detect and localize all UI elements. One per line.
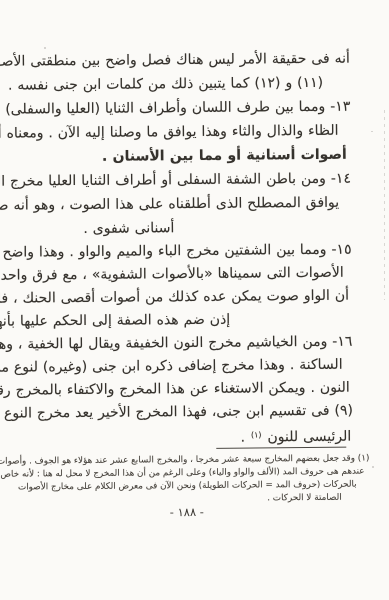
page-content: أنه فى حقيقة الأمر ليس هناك فصل واضح بين… — [0, 0, 389, 600]
scan-artifact — [371, 131, 373, 132]
scan-edge-artifact — [384, 110, 385, 300]
text-line: (٩) فى تقسيم ابن جنى، فهذا المخرج الأخير… — [38, 400, 353, 426]
text-line: أصوات أسنانية أو مما بين الأسنان . — [36, 143, 351, 170]
text-line: أن الواو صوت يمكن عده كذلك من أصوات أقصى… — [37, 285, 352, 311]
text-line-item-15: ١٥- ومما بين الشفتين مخرج الباء والميم و… — [36, 239, 351, 265]
text-line: الأصوات التى سميناها «بالأصوات الشفوية» … — [37, 262, 352, 288]
text-line: يوافق المصطلح الذى أطلقناه على هذا الصوت… — [36, 191, 351, 218]
text-line: الساكنة . وهذا مخرج إضافى ذكره ابن جنى (… — [37, 354, 352, 380]
text-line-item-13: ١٣- ومما بين طرف اللسان وأطراف الثنايا (… — [35, 95, 350, 122]
footnote-reference: (١) — [251, 430, 262, 439]
text-line: (١١) و (١٢) كما يتبين ذلك من كلمات ابن ج… — [35, 71, 350, 98]
last-line-tail: . — [240, 430, 250, 446]
text-line-item-14: ١٤- ومن باطن الشفة السفلى أو أطراف الثنا… — [36, 167, 351, 194]
scan-artifact — [44, 47, 46, 49]
last-line-text: الرئيسى للنون — [262, 429, 351, 446]
text-line-item-16: ١٦- ومن الخياشيم مخرج النون الخفيفة ويقا… — [37, 331, 352, 357]
page-number: - ١٨٨ - — [137, 505, 237, 520]
scanned-page: أنه فى حقيقة الأمر ليس هناك فصل واضح بين… — [0, 0, 389, 600]
footnote-separator — [216, 447, 346, 449]
scan-artifact — [14, 252, 15, 254]
text-line: الظاء والذال والثاء وهذا يوافق ما وصلنا … — [35, 119, 350, 146]
text-line: إذن ضم هذه الصفة إلى الحكم عليها بأنها ش… — [37, 308, 352, 334]
body-text: أنه فى حقيقة الأمر ليس هناك فصل واضح بين… — [35, 47, 353, 449]
scan-artifact — [372, 466, 374, 468]
text-line: أنه فى حقيقة الأمر ليس هناك فصل واضح بين… — [35, 47, 350, 74]
footnote: (١) وقد جعل بعضهم المخارج سبعة عشر مخرجا… — [24, 452, 369, 507]
text-line: أسنانى شفوى . — [36, 215, 351, 242]
text-line: النون . ويمكن الاستغناء عن هذا المخرج وا… — [38, 377, 353, 403]
text-line: الرئيسى للنون (١) . — [38, 423, 353, 449]
